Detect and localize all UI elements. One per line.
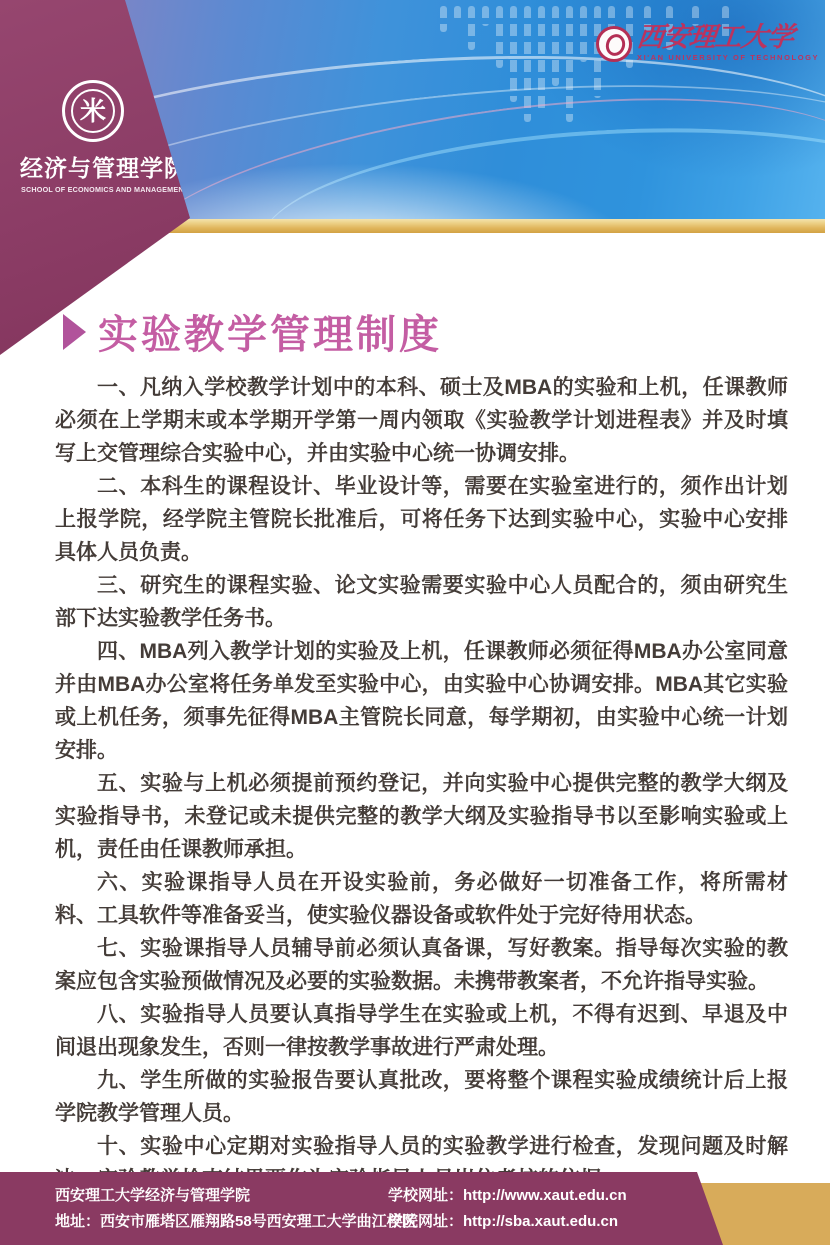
rule-item-6: 六、实验课指导人员在开设实验前，务必做好一切准备工作，将所需材料、工具软件等准备… <box>55 866 788 932</box>
title-arrow-icon <box>63 314 86 350</box>
footer-college-site: 学院网址：http://sba.xaut.edu.cn <box>388 1209 627 1235</box>
light-burst <box>120 150 680 219</box>
university-logo: 西安理工大学 XI'AN UNIVERSITY OF TECHNOLOGY <box>596 24 819 62</box>
school-emblem-icon: 米 <box>62 80 124 142</box>
rule-item-5: 五、实验与上机必须提前预约登记，并向实验中心提供完整的教学大纲及实验指导书，未登… <box>55 767 788 866</box>
school-emblem-glyph: 米 <box>71 89 115 133</box>
rule-item-7: 七、实验课指导人员辅导前必须认真备课，写好教案。指导每次实验的教案应包含实验预做… <box>55 932 788 998</box>
university-name: 西安理工大学 <box>636 24 821 51</box>
rule-item-4: 四、MBA列入教学计划的实验及上机，任课教师必须征得MBA办公室同意并由MBA办… <box>55 635 788 767</box>
rule-item-8: 八、实验指导人员要认真指导学生在实验或上机，不得有迟到、早退及中间退出现象发生，… <box>55 998 788 1064</box>
school-name: 经济与管理学院 <box>20 150 190 183</box>
poster-page: 西安理工大学 XI'AN UNIVERSITY OF TECHNOLOGY 米 … <box>0 0 830 1245</box>
page-title: 实验教学管理制度 <box>98 303 442 360</box>
footer-school-site: 学校网址：http://www.xaut.edu.cn <box>388 1183 627 1209</box>
school-name-en: SCHOOL OF ECONOMICS AND MANAGEMENT <box>21 185 191 194</box>
rules-body: 一、凡纳入学校教学计划中的本科、硕士及MBA的实验和上机，任课教师必须在上学期末… <box>55 371 788 1229</box>
footer-address: 地址：西安市雁塔区雁翔路58号西安理工大学曲江校区 <box>55 1209 417 1235</box>
footer-org: 西安理工大学经济与管理学院 <box>55 1183 417 1209</box>
university-name-en: XI'AN UNIVERSITY OF TECHNOLOGY <box>637 53 819 62</box>
rule-item-1: 一、凡纳入学校教学计划中的本科、硕士及MBA的实验和上机，任课教师必须在上学期末… <box>55 371 788 470</box>
rule-item-2: 二、本科生的课程设计、毕业设计等，需要在实验室进行的，须作出计划上报学院，经学院… <box>55 470 788 569</box>
rule-item-3: 三、研究生的课程实验、论文实验需要实验中心人员配合的，须由研究生部下达实验教学任… <box>55 569 788 635</box>
rule-item-9: 九、学生所做的实验报告要认真批改，要将整个课程实验成绩统计后上报学院教学管理人员… <box>55 1064 788 1130</box>
footer: 西安理工大学经济与管理学院 地址：西安市雁塔区雁翔路58号西安理工大学曲江校区 … <box>0 1172 830 1245</box>
university-seal-icon <box>596 26 632 62</box>
title-row: 实验教学管理制度 <box>63 303 442 360</box>
